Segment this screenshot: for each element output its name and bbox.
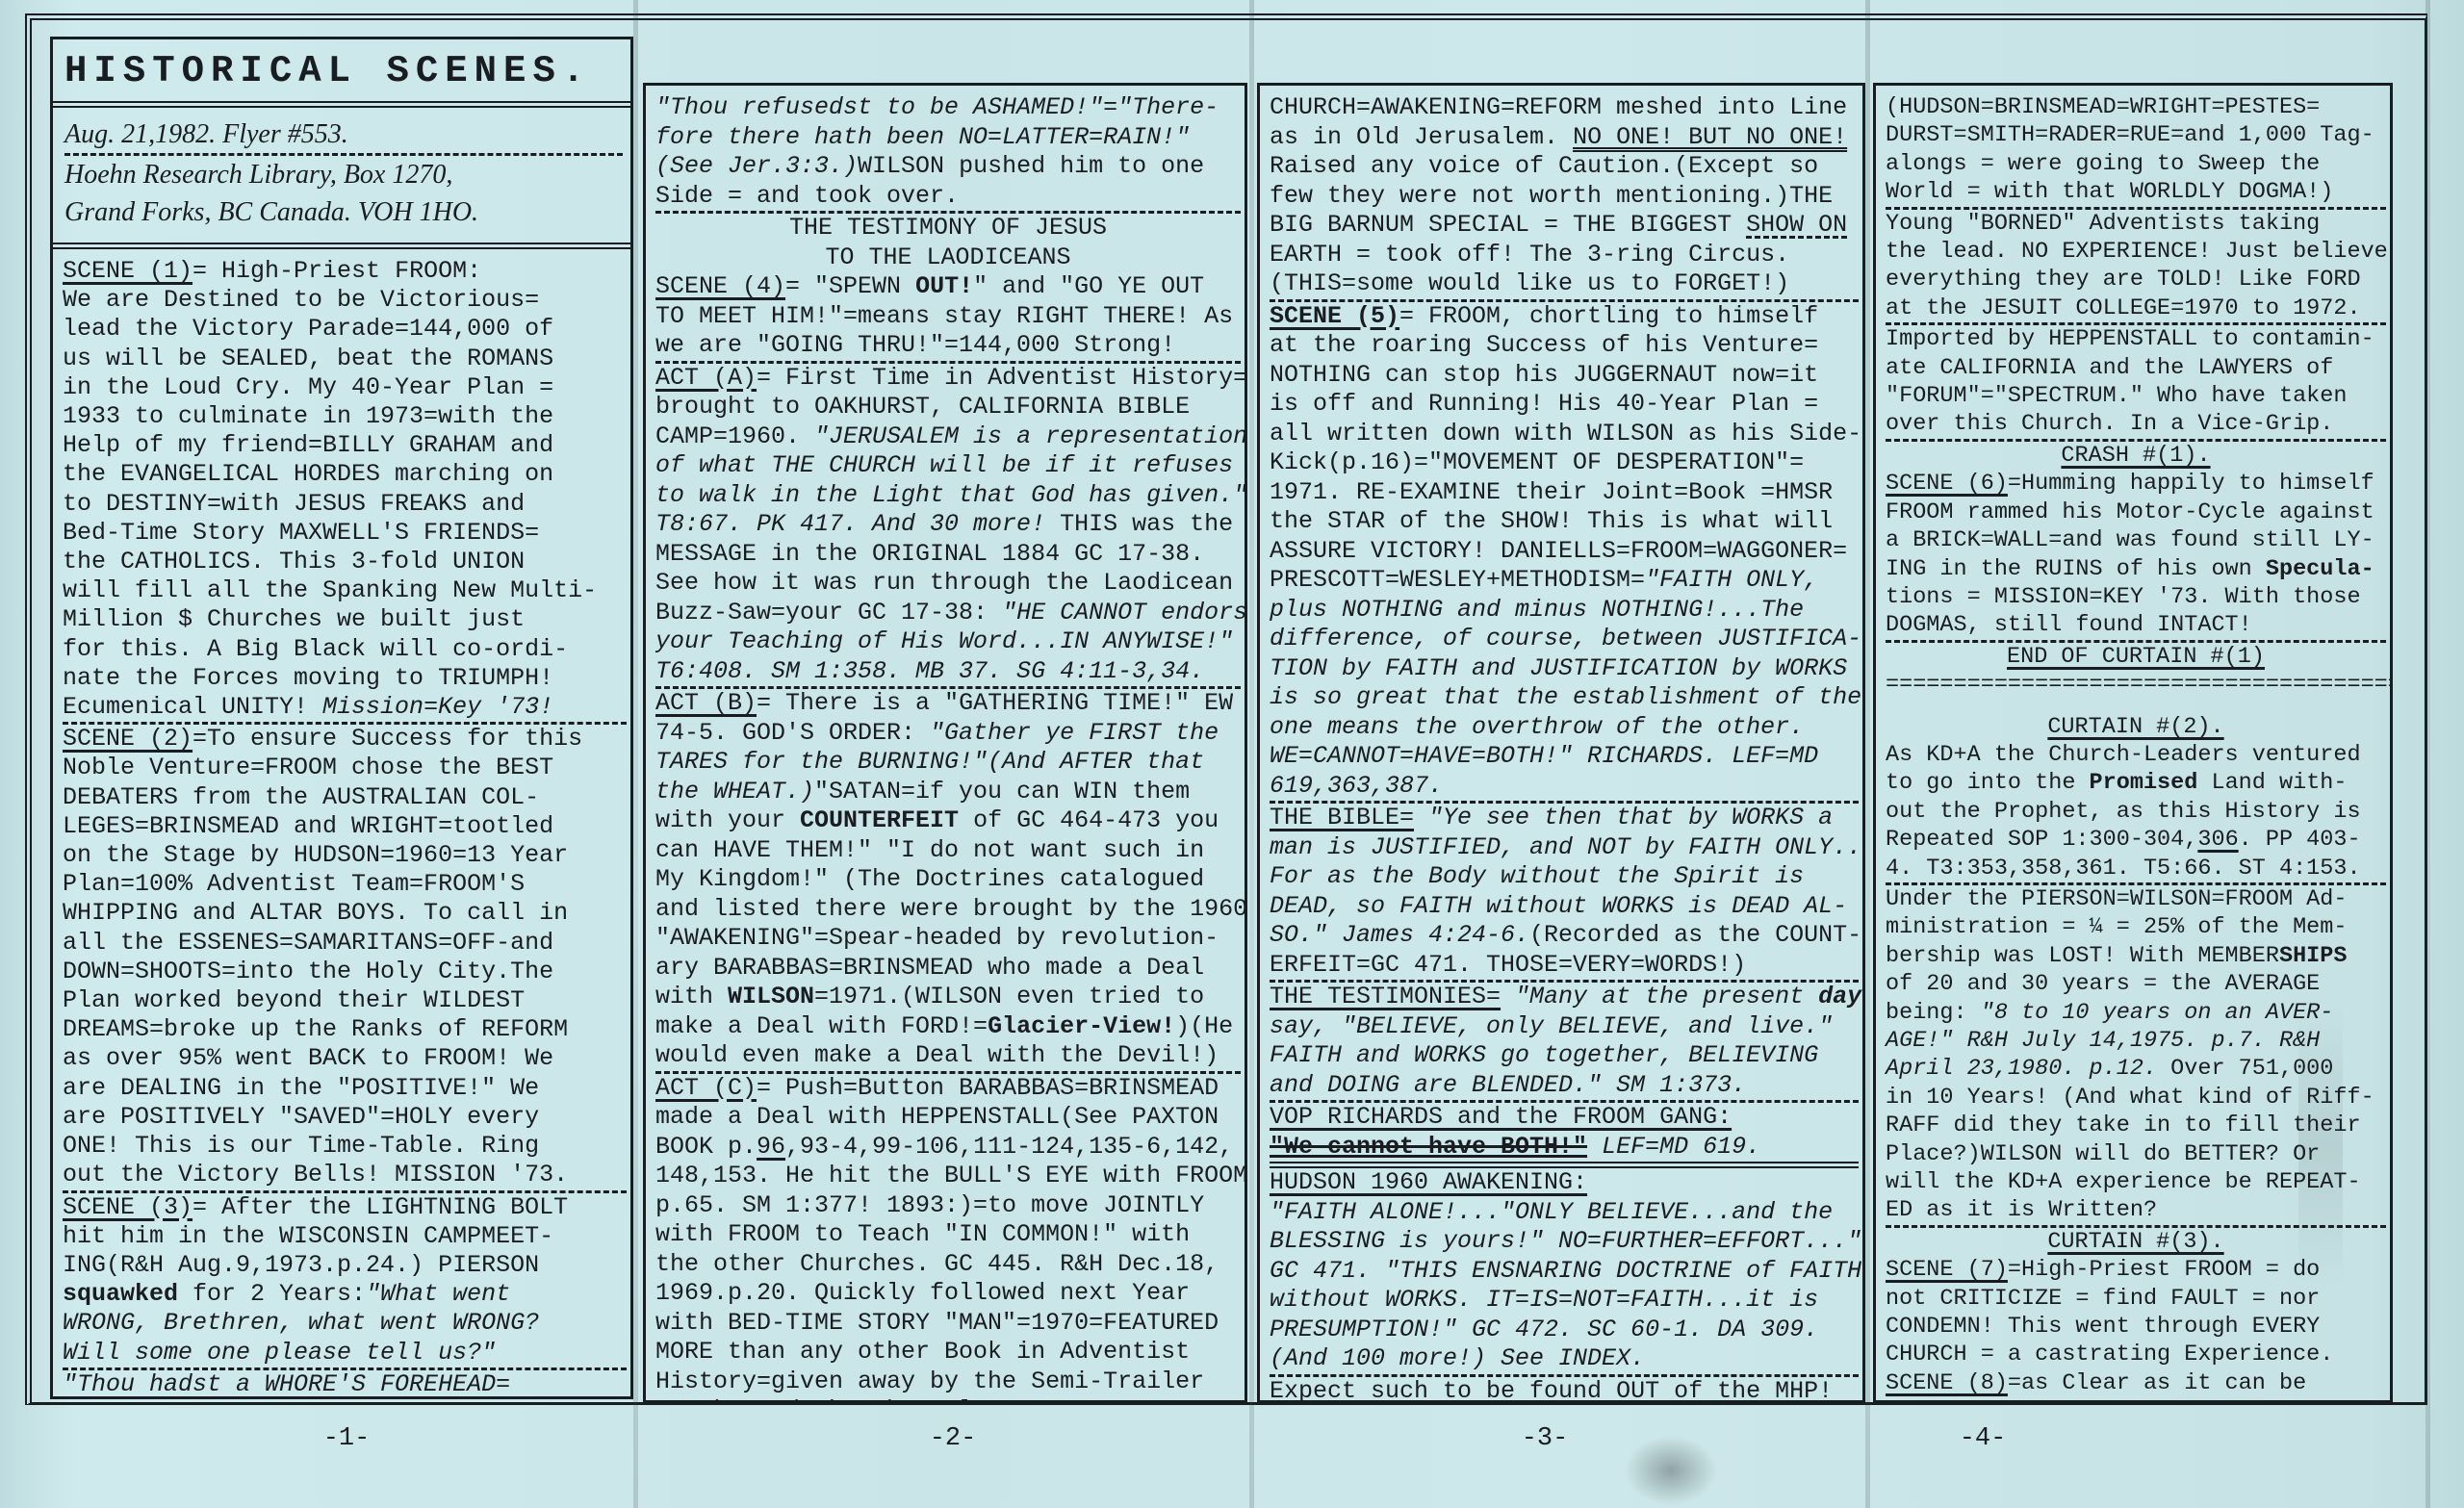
text-segment: "SATAN=if you can WIN them [814, 778, 1190, 805]
text-segment: SHOW ON [1746, 211, 1847, 239]
text-line: CURTAIN #(2). [1886, 713, 2386, 741]
column-3-text: CHURCH=AWAKENING=REFORM meshed into Line… [1260, 86, 1862, 1400]
text-segment: Land with- [2197, 770, 2347, 796]
text-line: SCENE (4)= "SPEWN OUT!" and "GO YE OUT [655, 272, 1241, 302]
page-number-4: -4- [1877, 1424, 2089, 1453]
text-line: out the Prophet, as this History is [1886, 798, 2386, 826]
text-segment: the EVANGELICAL HORDES marching on [63, 460, 553, 488]
text-line: ACT (C)= Push=Button BARABBAS=BRINSMEAD [655, 1074, 1241, 1104]
date-flyer-line: Aug. 21,1982. Flyer #553. [64, 115, 623, 156]
text-line: ONE! This is our Time-Table. Ring [63, 1132, 627, 1161]
text-line: ACT (A)= First Time in Adventist History… [655, 364, 1241, 394]
publisher-block: Aug. 21,1982. Flyer #553. Hoehn Research… [53, 108, 630, 249]
text-segment: one means the overthrow of the other. [1270, 713, 1804, 741]
text-segment: 306 [2197, 827, 2238, 853]
text-segment: will the KD+A experience be REPEAT- [1886, 1169, 2361, 1195]
text-line: ERFEIT=GC 471. THOSE=VERY=WORDS!) [1270, 951, 1859, 984]
text-segment: "Thou refusedst to be ASHAMED!"="There- [655, 93, 1219, 121]
text-segment: squawked [63, 1280, 178, 1308]
text-line: "We-cannot-have-BOTH!" LEF=MD 619. [1270, 1133, 1859, 1169]
text-line: DOWN=SHOOTS=into the Holy City.The [63, 958, 627, 986]
text-line: BIG BARNUM SPECIAL = THE BIGGEST SHOW ON [1270, 211, 1859, 241]
text-line: tions = MISSION=KEY '73. With those [1886, 583, 2386, 611]
text-segment: 619,363,387. [1270, 772, 1443, 800]
text-segment: "HE CANNOT endorse [1002, 599, 1245, 626]
text-segment: the WHEAT.) [655, 778, 814, 805]
text-segment: ACT (C) [655, 1074, 757, 1102]
text-line: Expect such to be found OUT of the MHP! [1270, 1377, 1859, 1401]
text-segment: CAMP=1960. [655, 422, 814, 450]
text-segment: As KD+A the Church-Leaders ventured [1886, 742, 2361, 768]
text-segment: Noble Venture=FROOM chose the BEST [63, 754, 553, 781]
text-line: DREAMS=broke up the Ranks of REFORM [63, 1015, 627, 1044]
text-segment: ING in the RUINS of his own [1886, 556, 2266, 582]
text-segment: the other Churches. GC 445. R&H Dec.18, [655, 1250, 1219, 1278]
text-segment: TARES for the BURNING!"(And AFTER that [655, 748, 1204, 776]
text-segment: with FROOM to Teach "IN COMMON!" with [655, 1220, 1190, 1248]
text-line: TO MEET HIM!"=means stay RIGHT THERE! As [655, 302, 1241, 332]
text-line: for this. A Big Black will co-ordi- [63, 635, 627, 664]
text-line: the WHEAT.)"SATAN=if you can WIN them [655, 778, 1241, 807]
text-line: TO THE LAODICEANS [655, 243, 1241, 273]
text-line: ministration = ¼ = 25% of the Mem- [1886, 913, 2386, 941]
text-segment: DEAD, so FAITH without WORKS is DEAD AL- [1270, 892, 1847, 920]
text-line: few they were not worth mentioning.)THE [1270, 182, 1859, 212]
text-line: WHIPPING and ALTAR BOYS. To call in [63, 899, 627, 928]
text-segment: can HAVE THEM!" "I do not want such in [655, 836, 1204, 864]
text-segment: SCENE (1) [63, 257, 192, 285]
text-segment: Young "BORNED" Adventists taking [1886, 211, 2320, 237]
text-segment: . PP 403- [2239, 827, 2361, 853]
text-line: ACT (B)= There is a "GATHERING TIME!" EW [655, 689, 1241, 719]
text-segment: ,93-4,99-106,111-124,135-6,142, [785, 1133, 1233, 1161]
text-segment: fore there hath been NO=LATTER=RAIN!" [655, 123, 1190, 151]
text-segment: everything they are TOLD! Like FORD [1886, 267, 2361, 293]
text-line: DOGMAS, still found INTACT! [1886, 611, 2386, 642]
text-line: is so great that the establishment of th… [1270, 683, 1859, 713]
text-segment: T6:408. SM 1:358. MB 37. SG 4:11-3,34. [655, 657, 1204, 685]
text-line: Buzz-Saw=your GC 17-38: "HE CANNOT endor… [655, 599, 1241, 628]
text-segment: (And 100 more!) See INDEX. [1270, 1344, 1645, 1372]
text-segment: CRASH #(1). [2061, 443, 2210, 469]
text-line: ate CALIFORNIA and the LAWYERS of [1886, 354, 2386, 382]
text-line: PRESUMPTION!" GC 472. SC 60-1. DA 309. [1270, 1316, 1859, 1345]
text-segment: = FROOM, chortling to himself [1399, 302, 1818, 330]
text-segment: RAFF did they take in to fill their [1886, 1112, 2361, 1138]
text-segment: NOTHING can stop his JUGGERNAUT now=it [1270, 361, 1818, 389]
text-segment: we are "GOING THRU!"=144,000 Strong! [655, 331, 1175, 359]
text-segment: AGE!" R&H July 14,1975. p.7. R&H [1886, 1028, 2320, 1054]
text-segment: 148,153. He hit the BULL'S EYE with FROO… [655, 1162, 1245, 1189]
text-line: Plan worked beyond their WILDEST [63, 986, 627, 1015]
text-segment: Bed-Time Story MAXWELL'S FRIENDS= [63, 519, 539, 547]
text-line: ASSURE VICTORY! DANIELLS=FROOM=WAGGONER= [1270, 537, 1859, 567]
text-line: MORE than any other Book in Adventist [655, 1338, 1241, 1367]
text-line: Under the PIERSON=WILSON=FROOM Ad- [1886, 885, 2386, 913]
text-line: See how it was run through the Laodicean [655, 569, 1241, 599]
text-line: lead the Victory Parade=144,000 of [63, 315, 627, 344]
text-line: DEBATERS from the AUSTRALIAN COL- [63, 783, 627, 812]
text-segment: DEBATERS from the AUSTRALIAN COL- [63, 783, 539, 811]
text-segment: ! [1818, 1377, 1833, 1401]
text-line: DEAD, so FAITH without WORKS is DEAD AL- [1270, 892, 1859, 922]
text-segment: We are Destined to be Victorious= [63, 286, 539, 314]
text-segment: alongs = were going to Sweep the [1886, 151, 2320, 177]
text-line: "Thou hadst a WHORE'S FOREHEAD= [63, 1370, 627, 1396]
text-segment: and listed there were brought by the 196… [655, 895, 1245, 923]
text-line: plus NOTHING and minus NOTHING!...The [1270, 596, 1859, 626]
text-segment: . [1204, 1396, 1219, 1400]
text-segment: for 2 Years: [178, 1280, 366, 1308]
text-segment: NO ONE! BUT NO ONE! [1573, 123, 1847, 151]
text-line: with your COUNTERFEIT of GC 464-473 you [655, 806, 1241, 836]
text-line: in the Loud Cry. My 40-Year Plan = [63, 373, 627, 402]
text-line: SCENE (3)= After the LIGHTNING BOLT [63, 1193, 627, 1222]
text-segment: few they were not worth mentioning.)THE [1270, 182, 1833, 210]
text-segment: ED as it is Written? [1886, 1197, 2157, 1223]
text-segment: "8 to 10 years on an AVER- [1981, 1000, 2334, 1026]
text-segment: with [655, 983, 728, 1010]
text-segment: Place?)WILSON will do BETTER? Or [1886, 1141, 2320, 1167]
text-line: ING in the RUINS of his own Specula- [1886, 555, 2386, 583]
text-segment: "Ye see then that by WORKS a [1414, 804, 1833, 831]
text-line: THE TESTIMONIES= "Many at the present da… [1270, 983, 1859, 1012]
text-segment: hit him in the WISCONSIN CAMPMEET- [63, 1222, 553, 1250]
text-segment: SCENE (7) [1886, 1257, 2008, 1283]
text-segment: (Recorded as the COUNT- [1529, 921, 1861, 949]
column-1: HISTORICAL SCENES. Aug. 21,1982. Flyer #… [50, 37, 633, 1399]
text-line: at the roaring Success of his Venture= [1270, 331, 1859, 361]
text-segment: = First Time in Adventist History= [757, 364, 1245, 392]
text-line: CONDEMN! This went through EVERY [1886, 1313, 2386, 1341]
text-segment: Buzz-Saw=your GC 17-38: [655, 599, 1002, 626]
text-segment: your Teaching of His Word...IN ANYWISE!" [655, 627, 1233, 655]
text-line: Side = and took over. [655, 182, 1241, 215]
text-line: SCENE (1)= High-Priest FROOM: [63, 257, 627, 286]
text-segment: )(He [1175, 1012, 1233, 1040]
text-segment: (HUDSON=BRINSMEAD=WRIGHT=PESTES= [1886, 94, 2320, 120]
text-segment: the CATHOLICS. This 3-fold UNION [63, 548, 525, 575]
text-segment: CURTAIN #(2). [2047, 714, 2223, 740]
text-line: would even make a Deal with the Devil!) [655, 1041, 1241, 1074]
text-line: WRONG, Brethren, what went WRONG? [63, 1309, 627, 1338]
text-segment: being: [1886, 1000, 1981, 1026]
text-line: Kick(p.16)="MOVEMENT OF DESPERATION"= [1270, 448, 1859, 478]
text-segment: make a Deal with FORD!= [655, 1012, 988, 1040]
text-line: difference, of course, between JUSTIFICA… [1270, 625, 1859, 654]
text-segment: PRESCOTT=WESLEY+METHODISM= [1270, 566, 1645, 594]
text-line: FAITH and WORKS go together, BELIEVING [1270, 1041, 1859, 1071]
text-segment: BOOK p. [655, 1133, 757, 1161]
text-segment: =High-Priest FROOM = do [2008, 1257, 2320, 1283]
text-segment: ======================================== [1886, 672, 2390, 698]
text-segment: CHURCH=AWAKENING=REFORM meshed into Line [1270, 93, 1847, 121]
text-line: 148,153. He hit the BULL'S EYE with FROO… [655, 1162, 1241, 1191]
text-line: Raised any voice of Caution.(Except so [1270, 152, 1859, 182]
text-line: as in Old Jerusalem. NO ONE! BUT NO ONE! [1270, 123, 1859, 153]
text-line: 1969.p.20. Quickly followed next Year [655, 1279, 1241, 1309]
text-line: 619,363,387. [1270, 772, 1859, 805]
text-segment: "Gather ye FIRST the [930, 719, 1219, 747]
text-segment: Plan=100% Adventist Team=FROOM'S [63, 870, 525, 898]
text-line: END OF CURTAIN #(1) [1886, 643, 2386, 671]
text-segment: CONDEMN! This went through EVERY [1886, 1314, 2320, 1340]
text-segment: SHIPS [2279, 943, 2348, 969]
text-segment: T8:67. PK 417. And 30 more! [655, 510, 1045, 538]
text-segment: ary BARABBAS=BRINSMEAD who made a Deal [655, 954, 1204, 982]
text-segment: = High-Priest FROOM: [192, 257, 481, 285]
column-1-text: SCENE (1)= High-Priest FROOM:We are Dest… [53, 249, 630, 1396]
text-line: MESSAGE in the ORIGINAL 1884 GC 17-38. [655, 540, 1241, 570]
text-segment: COUNTERFEIT [800, 806, 959, 834]
text-segment: "FAITH ONLY, [1645, 566, 1818, 594]
text-line: ary BARABBAS=BRINSMEAD who made a Deal [655, 954, 1241, 984]
text-line: SCENE (5)= FROOM, chortling to himself [1270, 302, 1859, 332]
text-line: HUDSON 1960 AWAKENING: [1270, 1168, 1859, 1198]
text-line: FROOM rammed his Motor-Cycle against [1886, 498, 2386, 526]
text-segment: WILSON [728, 983, 814, 1010]
text-line: Will some one please tell us?" [63, 1339, 627, 1370]
text-segment: Under the PIERSON=WILSON=FROOM Ad- [1886, 886, 2347, 912]
text-segment: nate the Forces moving to TRIUMPH! [63, 664, 553, 692]
fold-crease [2425, 0, 2430, 1508]
text-segment: DURST=SMITH=RADER=RUE=and 1,000 Tag- [1886, 122, 2374, 148]
text-line: over this Church. In a Vice-Grip. [1886, 410, 2386, 441]
text-line: are POSITIVELY "SAVED"=HOLY every [63, 1103, 627, 1132]
text-line: without WORKS. IT=IS=NOT=FAITH...it is [1270, 1286, 1859, 1316]
text-segment: out the Victory Bells! MISSION '73. [63, 1161, 568, 1189]
text-segment: WRONG, Brethren, what went WRONG? [63, 1309, 539, 1337]
text-line: 4. T3:353,358,361. T5:66. ST 4:153. [1886, 855, 2386, 885]
text-segment: April 23,1980. p.12. [1886, 1056, 2157, 1082]
text-segment: = There is a "GATHERING TIME!" EW [757, 689, 1233, 717]
text-line: "AWAKENING"=Spear-headed by revolution- [655, 924, 1241, 954]
text-segment: DOGMAS, still found INTACT! [1886, 612, 2252, 638]
text-line: VOP RICHARDS and the FROOM GANG: [1270, 1103, 1859, 1133]
text-segment: THE BIBLE= [1270, 804, 1414, 831]
text-line: of 20 and 30 years = the AVERAGE [1886, 970, 2386, 998]
text-segment: =Humming happily to himself [2008, 471, 2374, 497]
text-line: "FAITH ALONE!..."ONLY BELIEVE...and the [1270, 1198, 1859, 1228]
text-segment: SCENE (2) [63, 725, 192, 753]
text-line: with FROOM to Teach "IN COMMON!" with [655, 1220, 1241, 1250]
text-line: Truck-Loads by the 2 largest TELECASTS. [655, 1396, 1241, 1400]
page-number-2: -2- [847, 1424, 1059, 1453]
masthead: HISTORICAL SCENES. [53, 39, 630, 108]
text-line: to DESTINY=with JESUS FREAKS and [63, 490, 627, 519]
text-segment: SCENE (5) [1270, 302, 1399, 330]
text-line: fore there hath been NO=LATTER=RAIN!" [655, 123, 1241, 153]
text-segment: ministration = ¼ = 25% of the Mem- [1886, 914, 2347, 940]
text-segment: will fill all the Spanking New Multi- [63, 576, 597, 604]
text-segment: FROOM rammed his Motor-Cycle against [1886, 499, 2374, 525]
text-segment: lead the Victory Parade=144,000 of [63, 315, 553, 343]
text-segment: " and "GO YE OUT [973, 272, 1204, 300]
text-line: hit him in the WISCONSIN CAMPMEET- [63, 1222, 627, 1251]
text-line: a BRICK=WALL=and was found still LY- [1886, 526, 2386, 554]
text-segment: SO." James 4:24-6. [1270, 921, 1529, 949]
text-line: EARTH = took off! The 3-ring Circus. [1270, 241, 1859, 270]
text-segment: PRESUMPTION!" GC 472. SC 60-1. DA 309. [1270, 1316, 1818, 1343]
text-line: SCENE (8)=as Clear as it can be [1886, 1369, 2386, 1397]
text-segment: ASSURE VICTORY! DANIELLS=FROOM=WAGGONER= [1270, 537, 1847, 565]
text-segment: TO MEET HIM!"=means stay RIGHT THERE! As [655, 302, 1233, 330]
text-segment: of what THE CHURCH will be if it refuses [655, 451, 1233, 479]
text-segment: TO THE LAODICEANS [825, 243, 1070, 271]
text-segment: Mission=Key '73! [322, 693, 553, 721]
text-segment: TELECASTS [1074, 1396, 1204, 1400]
address-line-1: Hoehn Research Library, Box 1270, [64, 156, 623, 193]
text-line: bership was LOST! With MEMBERSHIPS [1886, 942, 2386, 970]
text-segment: ACT (A) [655, 364, 757, 392]
text-line: are DEALING in the "POSITIVE!" We [63, 1074, 627, 1103]
text-segment: Glacier-View! [988, 1012, 1175, 1040]
text-segment: = Push=Button BARABBAS=BRINSMEAD [757, 1074, 1219, 1102]
text-line: CAMP=1960. "JERUSALEM is a representatio… [655, 422, 1241, 452]
text-segment: 1969.p.20. Quickly followed next Year [655, 1279, 1190, 1307]
text-segment: "FAITH ALONE!..."ONLY BELIEVE...and the [1270, 1198, 1833, 1226]
text-segment: without WORKS. IT=IS=NOT=FAITH...it is [1270, 1286, 1818, 1314]
text-segment: TION by FAITH and JUSTIFICATION by WORKS [1270, 654, 1847, 682]
text-segment: not CRITICIZE = find FAULT = nor [1886, 1286, 2320, 1312]
text-line: with BED-TIME STORY "MAN"=1970=FEATURED [655, 1309, 1241, 1339]
text-segment: Million $ Churches we built just [63, 605, 525, 633]
text-segment: are POSITIVELY "SAVED"=HOLY every [63, 1103, 539, 1131]
text-segment: = After the LIGHTNING BOLT [192, 1193, 568, 1221]
text-segment: made a Deal with HEPPENSTALL(See PAXTON [655, 1103, 1219, 1131]
text-segment: and DOING are BLENDED." SM 1:373. [1270, 1071, 1746, 1099]
text-segment: us will be SEALED, beat the ROMANS [63, 345, 553, 372]
text-segment: MORE than any other Book in Adventist [655, 1338, 1190, 1366]
text-line: CHURCH=AWAKENING=REFORM meshed into Line [1270, 93, 1859, 123]
text-line: T8:67. PK 417. And 30 more! THIS was the [655, 510, 1241, 540]
text-line: Plan=100% Adventist Team=FROOM'S [63, 870, 627, 899]
text-segment: over this Church. In a Vice-Grip. [1886, 411, 2333, 437]
text-segment: Plan worked beyond their WILDEST [63, 986, 525, 1014]
text-line: one means the overthrow of the other. [1270, 713, 1859, 743]
text-line: Young "BORNED" Adventists taking [1886, 210, 2386, 238]
text-segment: =as Clear as it can be [2008, 1370, 2306, 1396]
text-line: SCENE (6)=Humming happily to himself [1886, 470, 2386, 498]
scanned-flyer-page: HISTORICAL SCENES. Aug. 21,1982. Flyer #… [0, 0, 2464, 1508]
text-segment: the STAR of the SHOW! This is what will [1270, 507, 1833, 535]
text-segment: tions = MISSION=KEY '73. With those [1886, 584, 2361, 610]
fold-crease [1865, 0, 1870, 1508]
text-segment: 96 [757, 1133, 785, 1161]
text-segment: SCENE (3) [63, 1193, 192, 1221]
text-segment: of 20 and 30 years = the AVERAGE [1886, 971, 2320, 997]
text-segment: to go into the [1886, 770, 2090, 796]
text-line: all the ESSENES=SAMARITANS=OFF-and [63, 929, 627, 958]
text-line: on the Stage by HUDSON=1960=13 Year [63, 841, 627, 870]
text-segment: END OF CURTAIN #(1) [2007, 644, 2265, 670]
text-segment: For as the Body without the Spirit is [1270, 862, 1804, 890]
page-number-1: -1- [241, 1424, 452, 1453]
text-segment: WHIPPING and ALTAR BOYS. To call in [63, 899, 568, 927]
text-segment: (THIS=some would like us to FORGET!) [1270, 269, 1789, 297]
text-line: (HUDSON=BRINSMEAD=WRIGHT=PESTES= [1886, 93, 2386, 121]
text-line: "Thou refusedst to be ASHAMED!"="There- [655, 93, 1241, 123]
text-segment: LEGES=BRINSMEAD and WRIGHT=tootled [63, 812, 553, 840]
text-line: brought to OAKHURST, CALIFORNIA BIBLE [655, 393, 1241, 422]
text-line: (See Jer.3:3.)WILSON pushed him to one [655, 152, 1241, 182]
text-line: ING(R&H Aug.9,1973.p.24.) PIERSON [63, 1251, 627, 1280]
text-segment: VOP RICHARDS and the FROOM GANG: [1270, 1103, 1732, 1131]
text-line: us will be SEALED, beat the ROMANS [63, 345, 627, 373]
text-segment: SCENE (4) [655, 272, 785, 300]
text-segment: Help of my friend=BILLY GRAHAM and [63, 431, 553, 459]
text-segment: BLESSING is yours!" NO=FURTHER=EFFORT...… [1270, 1227, 1861, 1255]
text-segment: 74-5. GOD'S ORDER: [655, 719, 930, 747]
text-line: Million $ Churches we built just [63, 605, 627, 634]
text-segment: Truck-Loads by the 2 largest [655, 1396, 1074, 1400]
text-line: make a Deal with FORD!=Glacier-View!)(He [655, 1012, 1241, 1042]
text-line: we are "GOING THRU!"=144,000 Strong! [655, 331, 1241, 364]
text-line: alongs = were going to Sweep the [1886, 150, 2386, 178]
text-segment: Ecumenical UNITY! [63, 693, 322, 721]
fold-crease [633, 0, 638, 1508]
text-segment: DOWN=SHOOTS=into the Holy City.The [63, 958, 553, 985]
text-segment: Promised [2090, 770, 2198, 796]
text-line: DURST=SMITH=RADER=RUE=and 1,000 Tag- [1886, 121, 2386, 149]
text-line: TION by FAITH and JUSTIFICATION by WORKS [1270, 654, 1859, 684]
text-segment: ACT (B) [655, 689, 757, 717]
column-3: CHURCH=AWAKENING=REFORM meshed into Line… [1257, 83, 1865, 1403]
text-segment: is so great that the establishment of th… [1270, 683, 1861, 711]
text-segment: FAITH and WORKS go together, BELIEVING [1270, 1041, 1818, 1069]
text-segment: "AWAKENING"=Spear-headed by revolution- [655, 924, 1219, 952]
text-line: SO." James 4:24-6.(Recorded as the COUNT… [1270, 921, 1859, 951]
text-segment: = "SPEWN [785, 272, 915, 300]
text-line: the EVANGELICAL HORDES marching on [63, 460, 627, 489]
text-segment: of the [1659, 1377, 1775, 1401]
text-line: say, "BELIEVE, only BELIEVE, and live." [1270, 1012, 1859, 1042]
text-line: the CATHOLICS. This 3-fold UNION [63, 548, 627, 576]
text-segment: (See Jer.3:3.) [655, 152, 858, 180]
column-2-text: "Thou refusedst to be ASHAMED!"="There-f… [646, 86, 1245, 1400]
text-segment: are DEALING in the "POSITIVE!" We [63, 1074, 539, 1102]
text-line: BLESSING is yours!" NO=FURTHER=EFFORT...… [1270, 1227, 1859, 1257]
text-line: squawked for 2 Years:"What went [63, 1280, 627, 1309]
text-line: GC 471. "THIS ENSNARING DOCTRINE of FAIT… [1270, 1257, 1859, 1287]
ink-smudge [1625, 1436, 1717, 1505]
text-line: your Teaching of His Word...IN ANYWISE!" [655, 627, 1241, 657]
text-segment: SCENE (6) [1886, 471, 2008, 497]
text-segment: bership was LOST! With MEMBER [1886, 943, 2279, 969]
text-segment: =1971.(WILSON even tried to [814, 983, 1204, 1010]
text-line: (And 100 more!) See INDEX. [1270, 1344, 1859, 1377]
text-segment: THIS was the [1045, 510, 1233, 538]
text-segment: Will some one please tell us?" [63, 1339, 496, 1367]
text-segment: MESSAGE in the ORIGINAL 1884 GC 17-38. [655, 540, 1204, 568]
text-segment: in the Loud Cry. My 40-Year Plan = [63, 373, 553, 401]
text-line: TARES for the BURNING!"(And AFTER that [655, 748, 1241, 778]
text-segment: ate CALIFORNIA and the LAWYERS of [1886, 355, 2333, 381]
text-segment: out the Prophet, as this History is [1886, 799, 2361, 825]
text-segment: with BED-TIME STORY "MAN"=1970=FEATURED [655, 1309, 1219, 1337]
text-line: For as the Body without the Spirit is [1270, 862, 1859, 892]
text-segment: on the Stage by HUDSON=1960=13 Year [63, 841, 568, 869]
text-line: the lead. NO EXPERIENCE! Just believe [1886, 238, 2386, 266]
text-segment: as in Old Jerusalem. [1270, 123, 1573, 151]
text-segment: say, "BELIEVE, only BELIEVE, and live." [1270, 1012, 1833, 1040]
text-segment: day [1818, 983, 1861, 1010]
text-line: Noble Venture=FROOM chose the BEST [63, 754, 627, 782]
text-segment: with your [655, 806, 800, 834]
text-segment: Repeated SOP 1:300-304, [1886, 827, 2197, 853]
text-line: Repeated SOP 1:300-304,306. PP 403- [1886, 826, 2386, 854]
text-segment: ING(R&H Aug.9,1973.p.24.) PIERSON [63, 1251, 539, 1279]
